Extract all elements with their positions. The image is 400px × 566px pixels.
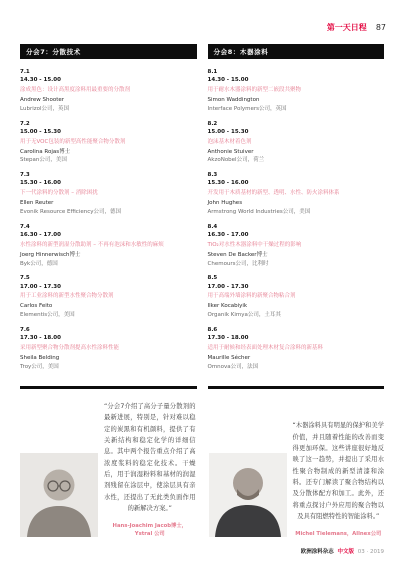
talk-speaker: Simon Waddington (208, 96, 385, 105)
session-entry: 7.1 14.30 - 15.00 涂成黑色：设计高黑度涂料用最重要的分散剂 A… (20, 68, 197, 114)
talk-code: 8.4 (208, 223, 385, 231)
talk-time: 16.30 - 17.00 (20, 231, 197, 239)
session-8-header-bar: 分会8：木器涂料 (208, 44, 385, 59)
talk-code: 8.3 (208, 171, 385, 179)
talk-time: 15.00 - 15.30 (208, 128, 385, 136)
quote-text: “木器涂料具有明显的保护和美学价值，并且随着性能的改善而变得更加环保。这些讲座很… (293, 420, 385, 522)
talk-title: 用于工业涂料的新型水性聚合物分散剂 (20, 292, 197, 301)
talk-speaker: Anthonie Stuiver (208, 148, 385, 157)
talk-title: 涂成黑色：设计高黑度涂料用最重要的分散剂 (20, 86, 197, 95)
talk-code: 7.6 (20, 326, 197, 334)
talk-code: 7.5 (20, 274, 197, 282)
talk-company: Organik Kimya公司，土耳其 (208, 311, 385, 320)
quote-attribution: Hans-Joachim Jacob博士，Ystral 公司 (104, 521, 196, 537)
talk-code: 7.3 (20, 171, 197, 179)
talk-speaker: Andrew Shooter (20, 96, 197, 105)
talk-company: Troy公司，美国 (20, 363, 197, 372)
session-columns: 分会7：分散技术 7.1 14.30 - 15.00 涂成黑色：设计高黑度涂料用… (20, 44, 384, 389)
talk-company: Chemours公司，比利时 (208, 260, 385, 269)
page-number: 87 (376, 23, 386, 32)
session-8-entries: 8.1 14.30 - 15.00 用于耐水木器涂料的新型二嵌段共聚物 Simo… (208, 59, 385, 389)
quote-text: “分会7介绍了高分子量分散剂的最新进展，特别是，针对难以稳定的炭黑和有机颜料，提… (104, 401, 196, 514)
talk-company: Armstrong World Industries公司，美国 (208, 208, 385, 217)
session-entry: 7.4 16.30 - 17.00 水性涂料的新型润湿分散助剂 – 不再有泡沫和… (20, 223, 197, 269)
talk-title: 用于无VOC包装的新型高性能聚合物分散剂 (20, 138, 197, 147)
talk-time: 15.30 - 16.00 (208, 179, 385, 187)
session-entry: 7.3 15.30 - 16.00 下一代涂料的分散剂 – 消除困扰 Ellen… (20, 171, 197, 217)
talk-time: 14.30 - 15.00 (208, 76, 385, 84)
talk-title: 用于高端外墙涂料的新聚合物粘合剂 (208, 292, 385, 301)
talk-code: 8.2 (208, 120, 385, 128)
talk-speaker: Maurille Sécher (208, 354, 385, 363)
session-entry: 8.2 15.00 - 15.30 泡沫基木材着色剂 Anthonie Stui… (208, 120, 385, 166)
talk-speaker: Sheila Belding (20, 354, 197, 363)
talk-company: Interface Polymers公司，英国 (208, 105, 385, 114)
talk-speaker: Ellen Reuter (20, 199, 197, 208)
quote-text-column: “木器涂料具有明显的保护和美学价值，并且随着性能的改善而变得更加环保。这些讲座很… (293, 420, 385, 537)
talk-company: Byk公司，德国 (20, 260, 197, 269)
talk-company: AkzoNobel公司，荷兰 (208, 156, 385, 165)
quote-block-session8: “木器涂料具有明显的保护和美学价值，并且随着性能的改善而变得更加环保。这些讲座很… (209, 401, 385, 537)
talk-time: 15.00 - 15.30 (20, 128, 197, 136)
talk-speaker: John Hughes (208, 199, 385, 208)
talk-speaker: Steven De Backer博士 (208, 251, 385, 260)
talk-speaker: Carlos Feito (20, 302, 197, 311)
talk-time: 17.00 - 17.30 (20, 283, 197, 291)
talk-speaker: Ilker Kocabiyik (208, 302, 385, 311)
talk-time: 15.30 - 16.00 (20, 179, 197, 187)
magazine-page: 第一天日程87 分会7：分散技术 7.1 14.30 - 15.00 涂成黑色：… (0, 0, 400, 566)
quotes-section: “分会7介绍了高分子量分散剂的最新进展，特别是，针对难以稳定的炭黑和有机颜料，提… (20, 401, 384, 537)
day-schedule-label: 第一天日程 (327, 23, 367, 32)
talk-company: Elementis公司，美国 (20, 311, 197, 320)
session-entry: 7.6 17.30 - 18.00 采用新型聚合物分散剂提高水性涂料性能 She… (20, 326, 197, 372)
session-entry: 8.1 14.30 - 15.00 用于耐水木器涂料的新型二嵌段共聚物 Simo… (208, 68, 385, 114)
talk-title: 泡沫基木材着色剂 (208, 138, 385, 147)
talk-title: 水性涂料的新型润湿分散助剂 – 不再有泡沫和水敏性的麻烦 (20, 241, 197, 250)
talk-company: Stepan公司，美国 (20, 156, 197, 165)
session-entry: 8.6 17.30 - 18.00 适用于耐候和经表面处理木材复合涂料的新基料 … (208, 326, 385, 372)
session-entry: 7.2 15.00 - 15.30 用于无VOC包装的新型高性能聚合物分散剂 C… (20, 120, 197, 166)
session-entry: 7.5 17.00 - 17.30 用于工业涂料的新型水性聚合物分散剂 Carl… (20, 274, 197, 320)
talk-code: 8.5 (208, 274, 385, 282)
talk-time: 17.30 - 18.00 (20, 334, 197, 342)
talk-title: TiO₂对水性木器涂料中干燥过程的影响 (208, 241, 385, 250)
talk-title: 开发用于木质基材的新型、透明、水性、防火涂料体系 (208, 189, 385, 198)
talk-code: 7.2 (20, 120, 197, 128)
talk-time: 14.30 - 15.00 (20, 76, 197, 84)
talk-company: Evonik Resource Efficiency公司，德国 (20, 208, 197, 217)
quote-text-column: “分会7介绍了高分子量分散剂的最新进展，特别是，针对难以稳定的炭黑和有机颜料，提… (104, 401, 196, 537)
talk-title: 采用新型聚合物分散剂提高水性涂料性能 (20, 344, 197, 353)
talk-time: 17.00 - 17.30 (208, 283, 385, 291)
talk-speaker: Carolina Rojas博士 (20, 148, 197, 157)
talk-company: Omnova公司，法国 (208, 363, 385, 372)
headshot-photo-man-glasses (20, 453, 98, 537)
session-entry: 8.5 17.00 - 17.30 用于高端外墙涂料的新聚合物粘合剂 Ilker… (208, 274, 385, 320)
journal-name: 欧洲涂料杂志 (301, 549, 334, 555)
talk-speaker: Joerg Hinnerwisch博士 (20, 251, 197, 260)
talk-time: 17.30 - 18.00 (208, 334, 385, 342)
issue-number: 03 · 2019 (358, 549, 384, 555)
talk-code: 8.1 (208, 68, 385, 76)
session-entry: 8.4 16.30 - 17.00 TiO₂对水性木器涂料中干燥过程的影响 St… (208, 223, 385, 269)
page-header: 第一天日程87 (327, 22, 386, 33)
session-7-column: 分会7：分散技术 7.1 14.30 - 15.00 涂成黑色：设计高黑度涂料用… (20, 44, 197, 389)
session-8-column: 分会8：木器涂料 8.1 14.30 - 15.00 用于耐水木器涂料的新型二嵌… (208, 44, 385, 389)
talk-title: 适用于耐候和经表面处理木材复合涂料的新基料 (208, 344, 385, 353)
quote-block-session7: “分会7介绍了高分子量分散剂的最新进展，特别是，针对难以稳定的炭黑和有机颜料，提… (20, 401, 196, 537)
headshot-photo-man-beard (209, 453, 287, 537)
session-7-entries: 7.1 14.30 - 15.00 涂成黑色：设计高黑度涂料用最重要的分散剂 A… (20, 59, 197, 389)
talk-title: 用于耐水木器涂料的新型二嵌段共聚物 (208, 86, 385, 95)
page-footer: 欧洲涂料杂志 中文版 03 · 2019 (301, 547, 384, 555)
quote-attribution: Michel Tielemans，Allnex公司 (293, 529, 385, 537)
talk-code: 7.1 (20, 68, 197, 76)
talk-code: 8.6 (208, 326, 385, 334)
session-entry: 8.3 15.30 - 16.00 开发用于木质基材的新型、透明、水性、防火涂料… (208, 171, 385, 217)
talk-title: 下一代涂料的分散剂 – 消除困扰 (20, 189, 197, 198)
talk-code: 7.4 (20, 223, 197, 231)
talk-company: Lubrizol公司，英国 (20, 105, 197, 114)
talk-time: 16.30 - 17.00 (208, 231, 385, 239)
edition-label: 中文版 (337, 549, 354, 555)
session-7-header-bar: 分会7：分散技术 (20, 44, 197, 59)
